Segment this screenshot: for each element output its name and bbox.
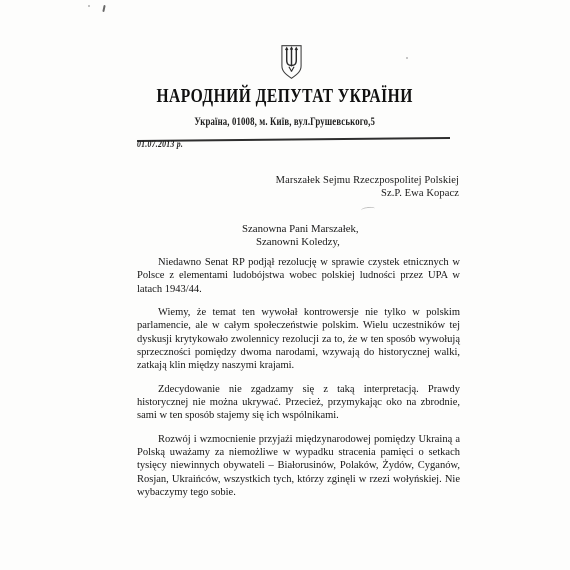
scan-speck [102,5,105,12]
letter-date: 01.07.2013 р. [137,140,183,150]
salutation-line-1: Szanowna Pani Marszałek, [242,223,359,236]
body-paragraph-4: Rozwój i wzmocnienie przyjaźi międzynaro… [137,433,460,500]
ukraine-tryzub-emblem-icon [280,44,303,80]
letter-body: Niedawno Senat RP podjął rezolucję w spr… [137,256,460,510]
body-paragraph-2: Wiemy, że temat ten wywołał kontrowersje… [137,306,460,373]
scanned-letter-page: НАРОДНИЙ ДЕПУТАТ УКРАЇНИ Україна, 01008,… [0,0,570,570]
body-paragraph-3: Zdecydowanie nie zgadzamy się z taką int… [137,383,460,423]
letterhead-title: НАРОДНИЙ ДЕПУТАТ УКРАЇНИ [0,85,570,108]
letterhead-title-text: НАРОДНИЙ ДЕПУТАТ УКРАЇНИ [157,85,413,108]
scan-speck [406,57,408,59]
salutation-line-2: Szanowni Koledzy, [242,236,359,249]
salutation-block: Szanowna Pani Marszałek, Szanowni Koledz… [242,223,359,250]
body-paragraph-1: Niedawno Senat RP podjął rezolucję w spr… [137,256,460,296]
recipient-line-name: Sz.P. Ewa Kopacz [259,187,459,200]
scan-smudge [361,206,376,213]
letterhead-divider-rule [137,137,450,142]
letterhead-address: Україна, 01008, м. Київ, вул.Грушевськог… [0,112,570,130]
letterhead-address-text: Україна, 01008, м. Київ, вул.Грушевськог… [195,114,376,129]
recipient-block: Marszałek Sejmu Rzeczpospolitej Polskiej… [259,174,459,200]
recipient-line-title: Marszałek Sejmu Rzeczpospolitej Polskiej [259,174,459,187]
scan-speck [88,5,90,7]
